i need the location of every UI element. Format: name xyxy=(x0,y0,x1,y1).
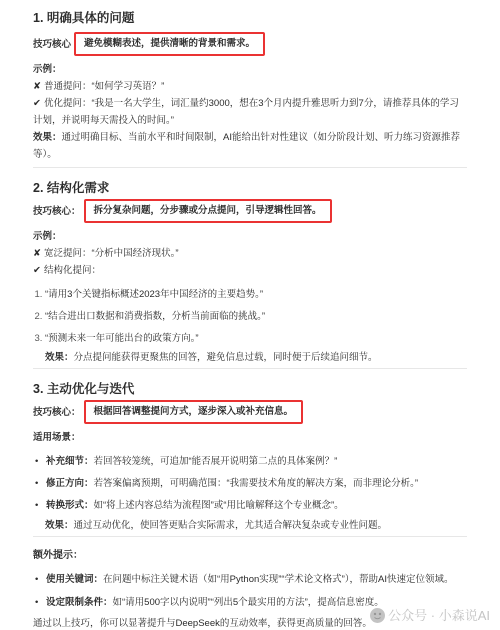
structured-questions-list: “请用3个关键指标概述2023年中国经济的主要趋势。” “结合进出口数据和消费指… xyxy=(33,286,467,347)
good-question-line: ✔结构化提问： xyxy=(33,262,467,279)
highlight-box-3: 根据回答调整提问方式，逐步深入或补充信息。 xyxy=(84,400,304,424)
list-item: 补充细节：若回答较笼统，可追加“能否展开说明第二点的具体案例？” xyxy=(33,453,467,470)
highlight-box-1: 避免模糊表述，提供清晰的背景和需求。 xyxy=(74,32,265,56)
extra-tips-heading: 额外提示： xyxy=(33,547,467,564)
example-label-row: 示例： xyxy=(33,228,467,245)
good-question-line: ✔优化提问：“我是一名大学生，词汇量约3000，想在3个月内提升雅思听力到7分，… xyxy=(33,95,467,129)
section-1-heading: 1. 明确具体的问题 xyxy=(33,10,467,27)
scene-label: 适用场景： xyxy=(33,432,81,443)
section-3-core-row: 技巧核心： 根据回答调整提问方式，逐步深入或补充信息。 xyxy=(33,400,467,424)
bullet-label: 使用关键词： xyxy=(46,574,103,585)
good-question-text: 结构化提问： xyxy=(44,265,101,276)
effect-line: 效果：通过明确目标、当前水平和时间限制，AI能给出针对性建议（如分阶段计划、听力… xyxy=(33,129,467,163)
effect-text: 分点提问能获得更聚焦的回答，避免信息过载，同时便于后续追问细节。 xyxy=(74,352,378,363)
list-item: “请用3个关键指标概述2023年中国经济的主要趋势。” xyxy=(45,286,467,303)
section-3-heading: 3. 主动优化与迭代 xyxy=(33,381,467,398)
watermark-text: 公众号 · 小森说AI xyxy=(388,608,490,623)
good-question-text: 优化提问：“我是一名大学生，词汇量约3000，想在3个月内提升雅思听力到7分，请… xyxy=(33,98,459,126)
effect-line: 效果：分点提问能获得更聚焦的回答，避免信息过载，同时便于后续追问细节。 xyxy=(45,349,467,366)
divider xyxy=(33,167,467,168)
effect-text: 通过互动优化，使回答更贴合实际需求，尤其适合解决复杂或专业性问题。 xyxy=(74,520,388,531)
check-icon: ✔ xyxy=(33,262,41,279)
divider xyxy=(33,536,467,537)
bullet-label: 设定限制条件： xyxy=(46,597,113,608)
section-2-heading: 2. 结构化需求 xyxy=(33,180,467,197)
list-item: “预测未来一年可能出台的政策方向。” xyxy=(45,330,467,347)
list-item: “结合进出口数据和消费指数，分析当前面临的挑战。” xyxy=(45,308,467,325)
section-1-core-row: 技巧核心 避免模糊表述，提供清晰的背景和需求。 xyxy=(33,32,467,56)
watermark: 公众号 · 小森说AI xyxy=(370,608,490,623)
list-item: 转换形式：如“将上述内容总结为流程图”或“用比喻解释这个专业概念”。 xyxy=(33,497,467,514)
check-icon: ✔ xyxy=(33,95,41,112)
bullet-label: 转换形式： xyxy=(46,500,94,511)
core-label: 技巧核心： xyxy=(33,203,81,220)
section-2-core-row: 技巧核心： 拆分复杂问题，分步骤或分点提问，引导逻辑性回答。 xyxy=(33,199,467,223)
bullet-text: 如“将上述内容总结为流程图”或“用比喻解释这个专业概念”。 xyxy=(94,500,344,511)
cross-icon: ✘ xyxy=(33,78,41,95)
extra-tips-list: 使用关键词：在问题中标注关键术语（如“用Python实现”“学术论文格式”），帮… xyxy=(33,571,467,611)
effect-label: 效果： xyxy=(45,520,74,531)
core-label: 技巧核心： xyxy=(33,404,81,421)
bad-question-text: 普通提问：“如何学习英语？” xyxy=(44,81,164,92)
article-document: 1. 明确具体的问题 技巧核心 避免模糊表述，提供清晰的背景和需求。 示例： ✘… xyxy=(0,0,500,630)
effect-text: 通过明确目标、当前水平和时间限制，AI能给出针对性建议（如分阶段计划、听力练习资… xyxy=(33,132,460,160)
bullet-label: 修正方向： xyxy=(46,478,94,489)
bullet-text: 如“请用500字以内说明”“列出5个最实用的方法”，提高信息密度。 xyxy=(113,597,384,608)
cross-icon: ✘ xyxy=(33,245,41,262)
effect-label: 效果： xyxy=(45,352,74,363)
divider xyxy=(33,368,467,369)
bullet-text: 若答案偏离预期，可明确范围：“我需要技术角度的解决方案，而非理论分析。” xyxy=(94,478,419,489)
bad-question-line: ✘普通提问：“如何学习英语？” xyxy=(33,78,467,95)
list-item: 使用关键词：在问题中标注关键术语（如“用Python实现”“学术论文格式”），帮… xyxy=(33,571,467,588)
core-label: 技巧核心 xyxy=(33,36,71,53)
list-item: 修正方向：若答案偏离预期，可明确范围：“我需要技术角度的解决方案，而非理论分析。… xyxy=(33,475,467,492)
example-label: 示例： xyxy=(33,231,62,242)
example-label-row: 示例： xyxy=(33,61,467,78)
effect-label: 效果： xyxy=(33,132,62,143)
bullet-text: 在问题中标注关键术语（如“用Python实现”“学术论文格式”），帮助AI快速定… xyxy=(103,574,453,585)
iteration-tips-list: 补充细节：若回答较笼统，可追加“能否展开说明第二点的具体案例？” 修正方向：若答… xyxy=(33,453,467,514)
avatar-icon xyxy=(370,608,385,623)
bad-question-line: ✘宽泛提问：“分析中国经济现状。” xyxy=(33,245,467,262)
bullet-text: 若回答较笼统，可追加“能否展开说明第二点的具体案例？” xyxy=(94,456,338,467)
effect-line: 效果：通过互动优化，使回答更贴合实际需求，尤其适合解决复杂或专业性问题。 xyxy=(45,517,467,534)
highlight-box-2: 拆分复杂问题，分步骤或分点提问，引导逻辑性回答。 xyxy=(84,199,332,223)
example-label: 示例： xyxy=(33,64,62,75)
bad-question-text: 宽泛提问：“分析中国经济现状。” xyxy=(44,248,179,259)
scene-label-row: 适用场景： xyxy=(33,429,467,446)
bullet-label: 补充细节： xyxy=(46,456,94,467)
